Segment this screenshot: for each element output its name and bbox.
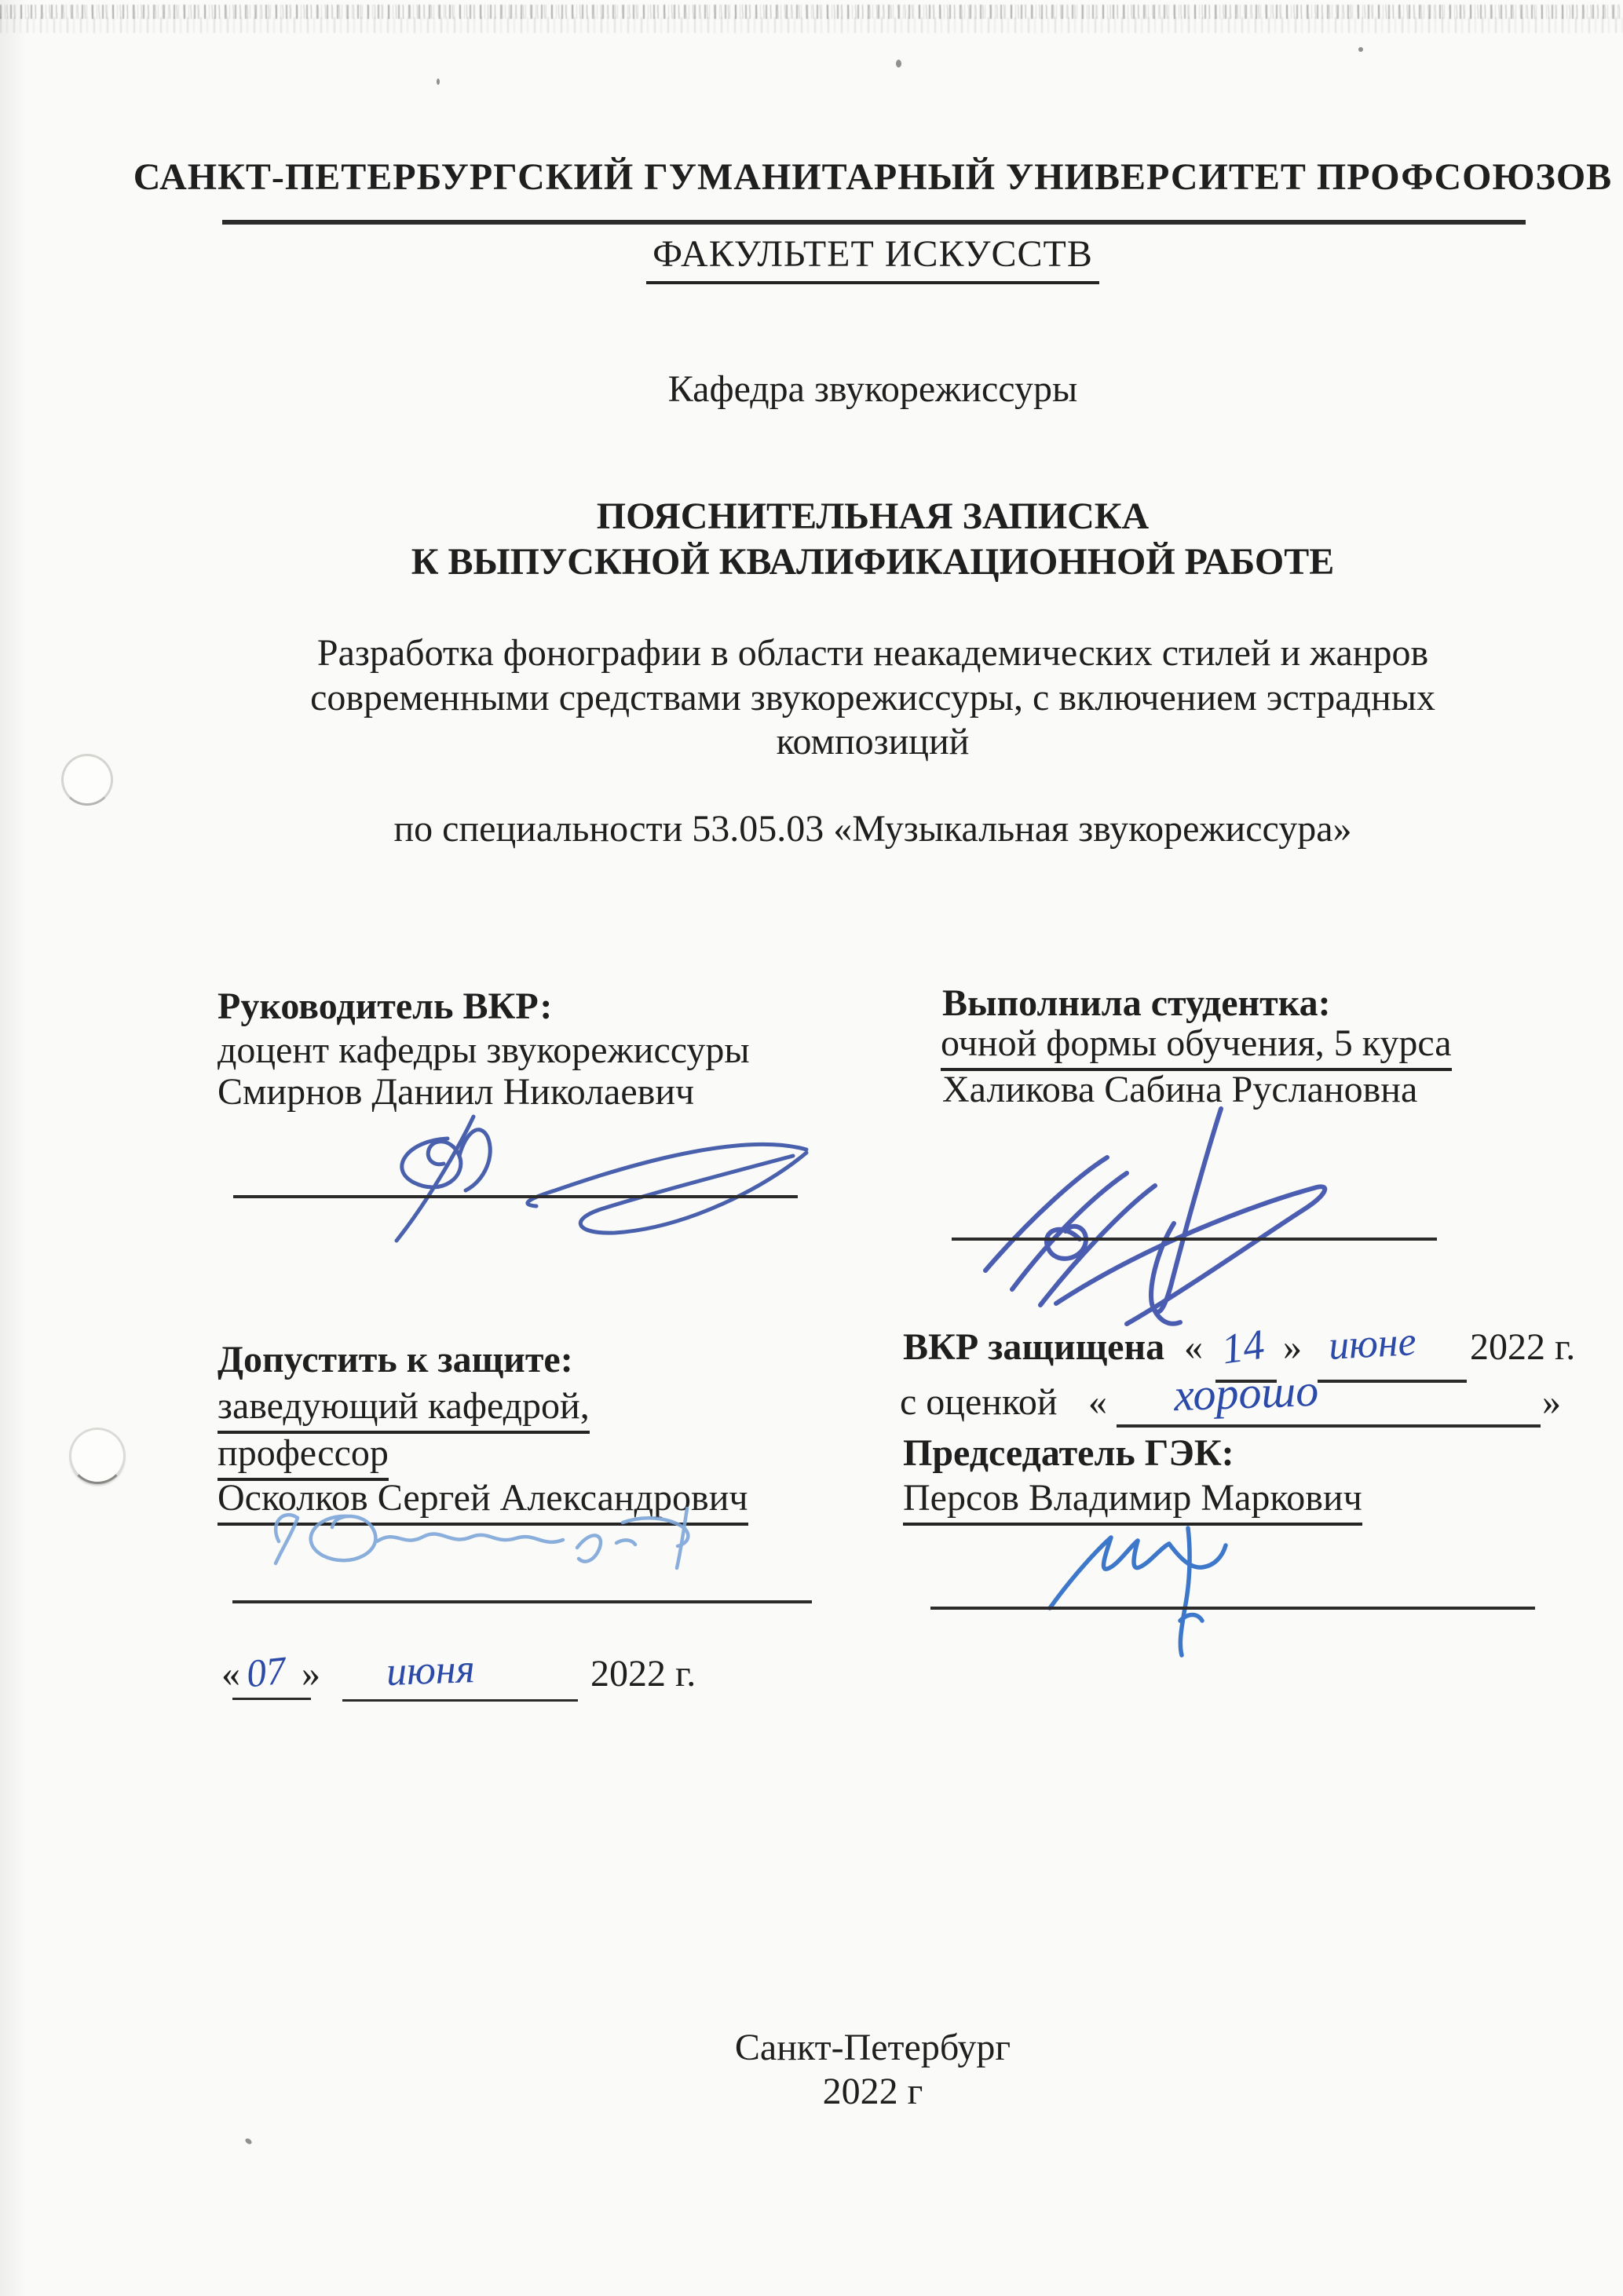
scanned-document-page: САНКТ-ПЕТЕРБУРГСКИЙ ГУМАНИТАРНЫЙ УНИВЕРС…: [0, 0, 1623, 2296]
defense-close-quote: »: [1283, 1327, 1302, 1369]
admission-position1-wrap: заведующий кафедрой,: [217, 1386, 590, 1428]
admission-date-open-quote: «: [221, 1654, 240, 1695]
university-name: САНКТ-ПЕТЕРБУРГСКИЙ ГУМАНИТАРНЫЙ УНИВЕРС…: [61, 157, 1623, 199]
defense-month-handwritten: июне: [1328, 1318, 1417, 1369]
defense-month-underline: [1318, 1380, 1467, 1383]
punch-hole-bottom: [69, 1428, 126, 1484]
defense-label: ВКР защищена: [903, 1327, 1164, 1369]
admission-signature-line: [232, 1600, 812, 1603]
chairman-name-wrap: Персов Владимир Маркович: [903, 1478, 1362, 1519]
supervisor-signature: [342, 1109, 821, 1246]
admission-position1: заведующий кафедрой,: [217, 1385, 590, 1434]
student-info-wrap: очной формы обучения, 5 курса: [941, 1023, 1452, 1065]
admission-position2-wrap: профессор: [217, 1433, 389, 1475]
grade-label: с оценкой: [900, 1382, 1058, 1424]
admission-date-month-handwritten: июня: [386, 1646, 476, 1695]
admission-date-year: 2022 г.: [590, 1654, 696, 1695]
department-name: Кафедра звукорежиссуры: [61, 369, 1623, 411]
specialty-line: по специальности 53.05.03 «Музыкальная з…: [61, 809, 1623, 850]
admission-signature: [247, 1496, 730, 1586]
supervisor-signature-line: [233, 1195, 798, 1198]
student-signature-line: [952, 1238, 1437, 1241]
doc-title-line2: К ВЫПУСКНОЙ КВАЛИФИКАЦИОННОЙ РАБОТЕ: [61, 542, 1623, 583]
scan-speck: [437, 79, 440, 85]
scan-speck: [896, 60, 901, 68]
footer-city: Санкт-Петербург: [61, 2027, 1623, 2069]
scan-noise-band-top-2: [0, 17, 1623, 33]
student-signature: [962, 1098, 1347, 1333]
grade-close-quote: »: [1542, 1382, 1561, 1424]
admission-date-day-underline: [232, 1698, 311, 1700]
defense-open-quote: «: [1184, 1327, 1203, 1369]
grade-underline: [1117, 1424, 1541, 1428]
university-underline-rule: [222, 220, 1526, 225]
footer-year: 2022 г: [61, 2071, 1623, 2113]
admission-position2: профессор: [217, 1432, 389, 1481]
supervisor-label: Руководитель ВКР:: [217, 986, 552, 1028]
topic-line2: современными средствами звукорежиссуры, …: [61, 678, 1623, 719]
faculty-line-wrap: ФАКУЛЬТЕТ ИСКУССТВ: [61, 234, 1623, 276]
chairman-signature: [1033, 1522, 1292, 1659]
chairman-signature-line: [930, 1607, 1535, 1610]
topic-line3: композиций: [61, 722, 1623, 763]
scan-speck: [244, 2137, 253, 2145]
doc-title-line1: ПОЯСНИТЕЛЬНАЯ ЗАПИСКА: [61, 496, 1623, 538]
supervisor-position: доцент кафедры звукорежиссуры: [217, 1030, 750, 1072]
grade-open-quote: «: [1088, 1382, 1107, 1424]
student-label: Выполнила студентка:: [942, 983, 1331, 1025]
scan-speck: [1358, 47, 1363, 52]
supervisor-name: Смирнов Даниил Николаевич: [217, 1072, 694, 1113]
topic-line1: Разработка фонографии в области неакадем…: [61, 633, 1623, 675]
admission-date-close-quote: »: [302, 1654, 320, 1695]
faculty-name: ФАКУЛЬТЕТ ИСКУССТВ: [646, 233, 1099, 284]
student-info: очной формы обучения, 5 курса: [941, 1022, 1452, 1071]
defense-year: 2022 г.: [1470, 1327, 1575, 1369]
chairman-label: Председатель ГЭК:: [903, 1433, 1234, 1475]
admission-date-month-underline: [342, 1699, 578, 1702]
scan-left-edge-shadow: [0, 0, 27, 2296]
admission-date-day-handwritten: 07: [244, 1647, 288, 1697]
chairman-name: Персов Владимир Маркович: [903, 1477, 1362, 1526]
grade-handwritten: хорошо: [1173, 1364, 1319, 1421]
admission-label: Допустить к защите:: [217, 1340, 573, 1381]
